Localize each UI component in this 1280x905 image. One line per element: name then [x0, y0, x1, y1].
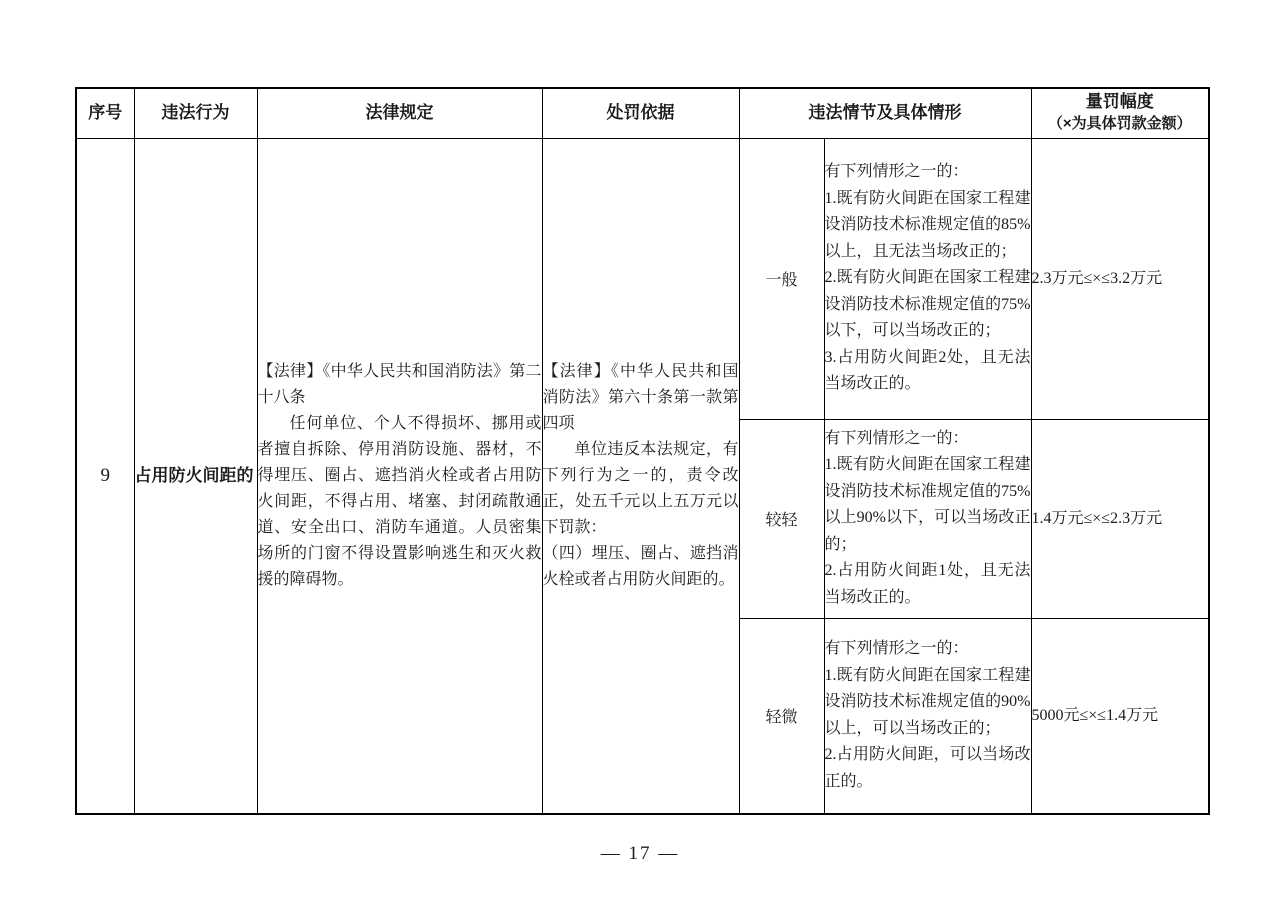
detail-line: 有下列情形之一的： [825, 426, 1031, 453]
detail-line: 有下列情形之一的： [825, 159, 1031, 186]
severity-level-minor: 轻微 [739, 618, 824, 814]
penalty-table: 序号 违法行为 法律规定 处罚依据 违法情节及具体情形 量罚幅度 （×为具体罚款… [75, 87, 1210, 815]
severity-level-lighter: 较轻 [739, 419, 824, 618]
penalty-basis-body: 单位违反本法规定，有下列行为之一的，责令改正，处五千元以上五万元以下罚款： [543, 437, 739, 541]
detail-line: 2.占用防火间距，可以当场改正的。 [825, 742, 1031, 795]
table-row-general: 9 占用防火间距的 【法律】《中华人民共和国消防法》第二十八条 任何单位、个人不… [76, 138, 1209, 419]
detail-line: 3.占用防火间距2处，且无法当场改正的。 [825, 345, 1031, 398]
penalty-header-line2: （×为具体罚款金额） [1032, 113, 1209, 135]
penalty-range-general: 2.3万元≤×≤3.2万元 [1031, 138, 1209, 419]
col-header-seq: 序号 [76, 88, 134, 138]
penalty-header-line1: 量罚幅度 [1032, 91, 1209, 113]
legal-provision-body: 任何单位、个人不得损坏、挪用或者擅自拆除、停用消防设施、器材，不得埋压、圈占、遮… [258, 411, 542, 593]
detail-line: 1.既有防火间距在国家工程建设消防技术标准规定值的85%以上，且无法当场改正的； [825, 186, 1031, 266]
severity-level-general: 一般 [739, 138, 824, 419]
detail-line: 1.既有防火间距在国家工程建设消防技术标准规定值的75%以上90%以下，可以当场… [825, 452, 1031, 558]
col-header-penalty: 量罚幅度 （×为具体罚款金额） [1031, 88, 1209, 138]
sequence-number: 9 [76, 138, 134, 814]
detail-line: 2.既有防火间距在国家工程建设消防技术标准规定值的75%以下，可以当场改正的； [825, 265, 1031, 345]
legal-provision-title: 【法律】《中华人民共和国消防法》第二十八条 [258, 359, 542, 411]
detail-line: 2.占用防火间距1处，且无法当场改正的。 [825, 558, 1031, 611]
illegal-behavior: 占用防火间距的 [134, 138, 257, 814]
penalty-basis-item: （四）埋压、圈占、遮挡消火栓或者占用防火间距的。 [543, 541, 739, 593]
col-header-basis: 处罚依据 [542, 88, 739, 138]
page-number: — 17 — [0, 843, 1280, 865]
severity-detail-minor: 有下列情形之一的： 1.既有防火间距在国家工程建设消防技术标准规定值的90%以上… [824, 618, 1031, 814]
severity-detail-general: 有下列情形之一的： 1.既有防火间距在国家工程建设消防技术标准规定值的85%以上… [824, 138, 1031, 419]
penalty-basis-title: 【法律】《中华人民共和国消防法》第六十条第一款第四项 [543, 359, 739, 437]
table-header-row: 序号 违法行为 法律规定 处罚依据 违法情节及具体情形 量罚幅度 （×为具体罚款… [76, 88, 1209, 138]
penalty-range-lighter: 1.4万元≤×≤2.3万元 [1031, 419, 1209, 618]
col-header-law: 法律规定 [257, 88, 542, 138]
penalty-range-minor: 5000元≤×≤1.4万元 [1031, 618, 1209, 814]
document-page: 序号 违法行为 法律规定 处罚依据 违法情节及具体情形 量罚幅度 （×为具体罚款… [0, 0, 1280, 905]
detail-line: 1.既有防火间距在国家工程建设消防技术标准规定值的90%以上，可以当场改正的； [825, 663, 1031, 743]
severity-detail-lighter: 有下列情形之一的： 1.既有防火间距在国家工程建设消防技术标准规定值的75%以上… [824, 419, 1031, 618]
col-header-behavior: 违法行为 [134, 88, 257, 138]
penalty-basis: 【法律】《中华人民共和国消防法》第六十条第一款第四项 单位违反本法规定，有下列行… [542, 138, 739, 814]
detail-line: 有下列情形之一的： [825, 636, 1031, 663]
legal-provision: 【法律】《中华人民共和国消防法》第二十八条 任何单位、个人不得损坏、挪用或者擅自… [257, 138, 542, 814]
col-header-circumstances: 违法情节及具体情形 [739, 88, 1031, 138]
